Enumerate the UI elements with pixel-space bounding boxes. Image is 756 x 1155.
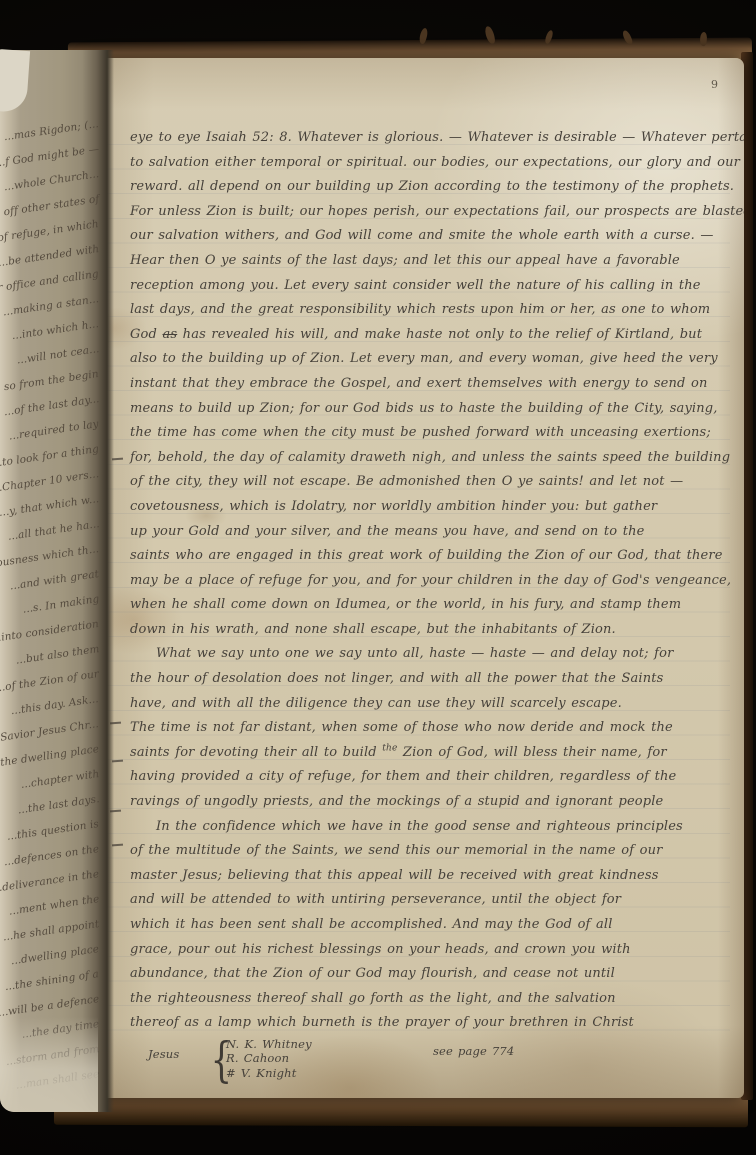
- manuscript-line: when he shall come down on Idumea, or th…: [130, 593, 734, 618]
- paper-fragment-line: ...mas Rigdon; (...: [3, 118, 99, 143]
- manuscript-line: for, behold, the day of calamity draweth…: [130, 446, 734, 471]
- manuscript-body: eye to eye Isaiah 52: 8. Whatever is glo…: [130, 126, 734, 1036]
- paper-fragment-line: ...Savior Jesus Chr...: [0, 718, 100, 745]
- paper-fragment-line: ...our office and calling: [0, 268, 100, 297]
- manuscript-text: eye to eye Isaiah 52: 8. Whatever is glo…: [130, 126, 734, 1098]
- paper-fragment-line: ...the shining of a: [4, 968, 99, 993]
- signature-block: Jesus { N. K. WhitneyR. Cahoon# V. Knigh…: [130, 1037, 734, 1098]
- manuscript-line: the time has come when the city must be …: [130, 421, 734, 446]
- manuscript-line: down in his wrath, and none shall escape…: [130, 618, 734, 643]
- see-page-note: see page 774: [433, 1039, 514, 1064]
- signature-names: N. K. WhitneyR. Cahoon# V. Knight: [226, 1037, 312, 1081]
- paper-fragment-line: ...ment when the: [8, 893, 100, 918]
- signature-prefix: Jesus: [148, 1042, 179, 1067]
- paper-fragment-line: ...on so from the begin: [0, 368, 100, 397]
- manuscript-line: covetousness, which is Idolatry, nor wor…: [130, 495, 734, 520]
- paper-fragment-line: ...y off other states of: [0, 193, 100, 221]
- manuscript-line: the righteousness thereof shall go forth…: [130, 987, 734, 1012]
- paper-fragment-line: ...all that he ha...: [7, 518, 100, 543]
- manuscript-line: may be a place of refuge for you, and fo…: [130, 569, 734, 594]
- paper-fragment-line: ...the last days.: [17, 793, 100, 816]
- manuscript-line: instant that they embrace the Gospel, an…: [130, 372, 734, 397]
- manuscript-line: which it has been sent shall be accompli…: [130, 913, 734, 938]
- manuscript-line: means to build up Zion; for our God bids…: [130, 397, 734, 422]
- manuscript-line: and will be attended to with untiring pe…: [130, 888, 734, 913]
- manuscript-page: 9 eye to eye Isaiah 52: 8. Whatever is g…: [88, 58, 744, 1098]
- paper-fragment-line: ...he shall appoint: [2, 918, 100, 943]
- paper-fragment-line: ...this question is: [6, 818, 100, 843]
- manuscript-line: Hear then O ye saints of the last days; …: [130, 249, 734, 274]
- manuscript-line: God as has revealed his will, and make h…: [130, 323, 734, 348]
- paper-fragment-line: ...man shall see: [15, 1068, 100, 1092]
- paper-fragment-line: ...defences on the: [3, 843, 100, 868]
- paper-fragment-line: ...ousness which th...: [0, 543, 100, 571]
- manuscript-line: last days, and the great responsibility …: [130, 298, 734, 323]
- manuscript-line: eye to eye Isaiah 52: 8. Whatever is glo…: [130, 126, 734, 151]
- paper-fragment-line: ...the day time: [21, 1018, 100, 1041]
- paper-fragment-line: ...but also them: [15, 643, 100, 667]
- paper-fragment-line: ...will not cea...: [16, 343, 100, 366]
- manuscript-line: abundance, that the Zion of our God may …: [130, 962, 734, 987]
- paper-fragment-line: ...f God might be —: [0, 143, 100, 170]
- paper-fragment-line: ...whole Church...: [3, 168, 100, 193]
- paper-fragment-line: ...s. In making: [22, 593, 100, 616]
- previous-page-edge: ...mas Rigdon; (......f God might be —..…: [0, 50, 114, 1112]
- manuscript-line: our salvation withers, and God will come…: [130, 224, 734, 249]
- paper-fragment-line: ...storm and from: [5, 1043, 100, 1068]
- paper-fragment-line: ...chapter with: [20, 768, 100, 791]
- manuscript-line: master Jesus; believing that this appeal…: [130, 864, 734, 889]
- manuscript-line: the hour of desolation does not linger, …: [130, 667, 734, 692]
- manuscript-line: For unless Zion is built; our hopes peri…: [130, 200, 734, 225]
- manuscript-line: also to the building up of Zion. Let eve…: [130, 347, 734, 372]
- manuscript-line: saints who are engaged in this great wor…: [130, 544, 734, 569]
- paper-fragment-line: ...Chapter 10 vers...: [0, 468, 100, 495]
- manuscript-line: grace, pour out his richest blessings on…: [130, 938, 734, 963]
- paper-fragment-line: ...to look for a thing: [0, 443, 100, 470]
- manuscript-line: reward. all depend on our building up Zi…: [130, 175, 734, 200]
- manuscript-line: reception among you. Let every saint con…: [130, 274, 734, 299]
- paper-fragment-line: ...and with great: [9, 568, 100, 592]
- paper-fragment-line: ...into which h...: [11, 318, 100, 342]
- paper-fragment-line: ...y, that which w...: [0, 493, 100, 519]
- signature-name: N. K. Whitney: [226, 1037, 312, 1052]
- paper-fragment-line: ...of the last day...: [3, 393, 100, 418]
- manuscript-line: to salvation either temporal or spiritua…: [130, 151, 734, 176]
- paper-fragment-line: ...of the Zion of our: [0, 668, 100, 694]
- manuscript-line: up your Gold and your silver, and the me…: [130, 520, 734, 545]
- manuscript-line: of the multitude of the Saints, we send …: [130, 839, 734, 864]
- manuscript-line: have, and with all the diligence they ca…: [130, 692, 734, 717]
- paper-fragment-line: ...making a stan...: [2, 293, 100, 318]
- paper-fragment-line: ...be attended with: [0, 243, 100, 269]
- signature-name: R. Cahoon: [226, 1051, 312, 1066]
- signature-name: # V. Knight: [226, 1066, 312, 1081]
- paper-fragment-line: ...deliverance in the: [0, 868, 100, 895]
- paper-fragment-line: ...the dwelling place: [0, 743, 100, 770]
- manuscript-line: ravings of ungodly priests, and the mock…: [130, 790, 734, 815]
- paper-fragment-line: ...this day. Ask...: [10, 693, 99, 717]
- paper-fragment-line: ...will be a defence: [0, 993, 100, 1019]
- manuscript-line: The time is not far distant, when some o…: [130, 716, 734, 741]
- photo-background: 9 eye to eye Isaiah 52: 8. Whatever is g…: [0, 0, 756, 1155]
- page-number: 9: [711, 78, 718, 91]
- paper-fragment-line: ...into consideration: [0, 618, 100, 645]
- manuscript-line: of the city, they will not escape. Be ad…: [130, 470, 734, 495]
- manuscript-line: having provided a city of refuge, for th…: [130, 765, 734, 790]
- paper-fragment-line: ...required to lay: [8, 418, 99, 442]
- manuscript-line: saints for devoting their all to build t…: [130, 741, 734, 766]
- manuscript-line: What we say unto one we say unto all, ha…: [130, 642, 734, 667]
- paper-fragment-line: ...dwelling place: [10, 943, 100, 967]
- manuscript-line: In the confidence which we have in the g…: [130, 815, 734, 840]
